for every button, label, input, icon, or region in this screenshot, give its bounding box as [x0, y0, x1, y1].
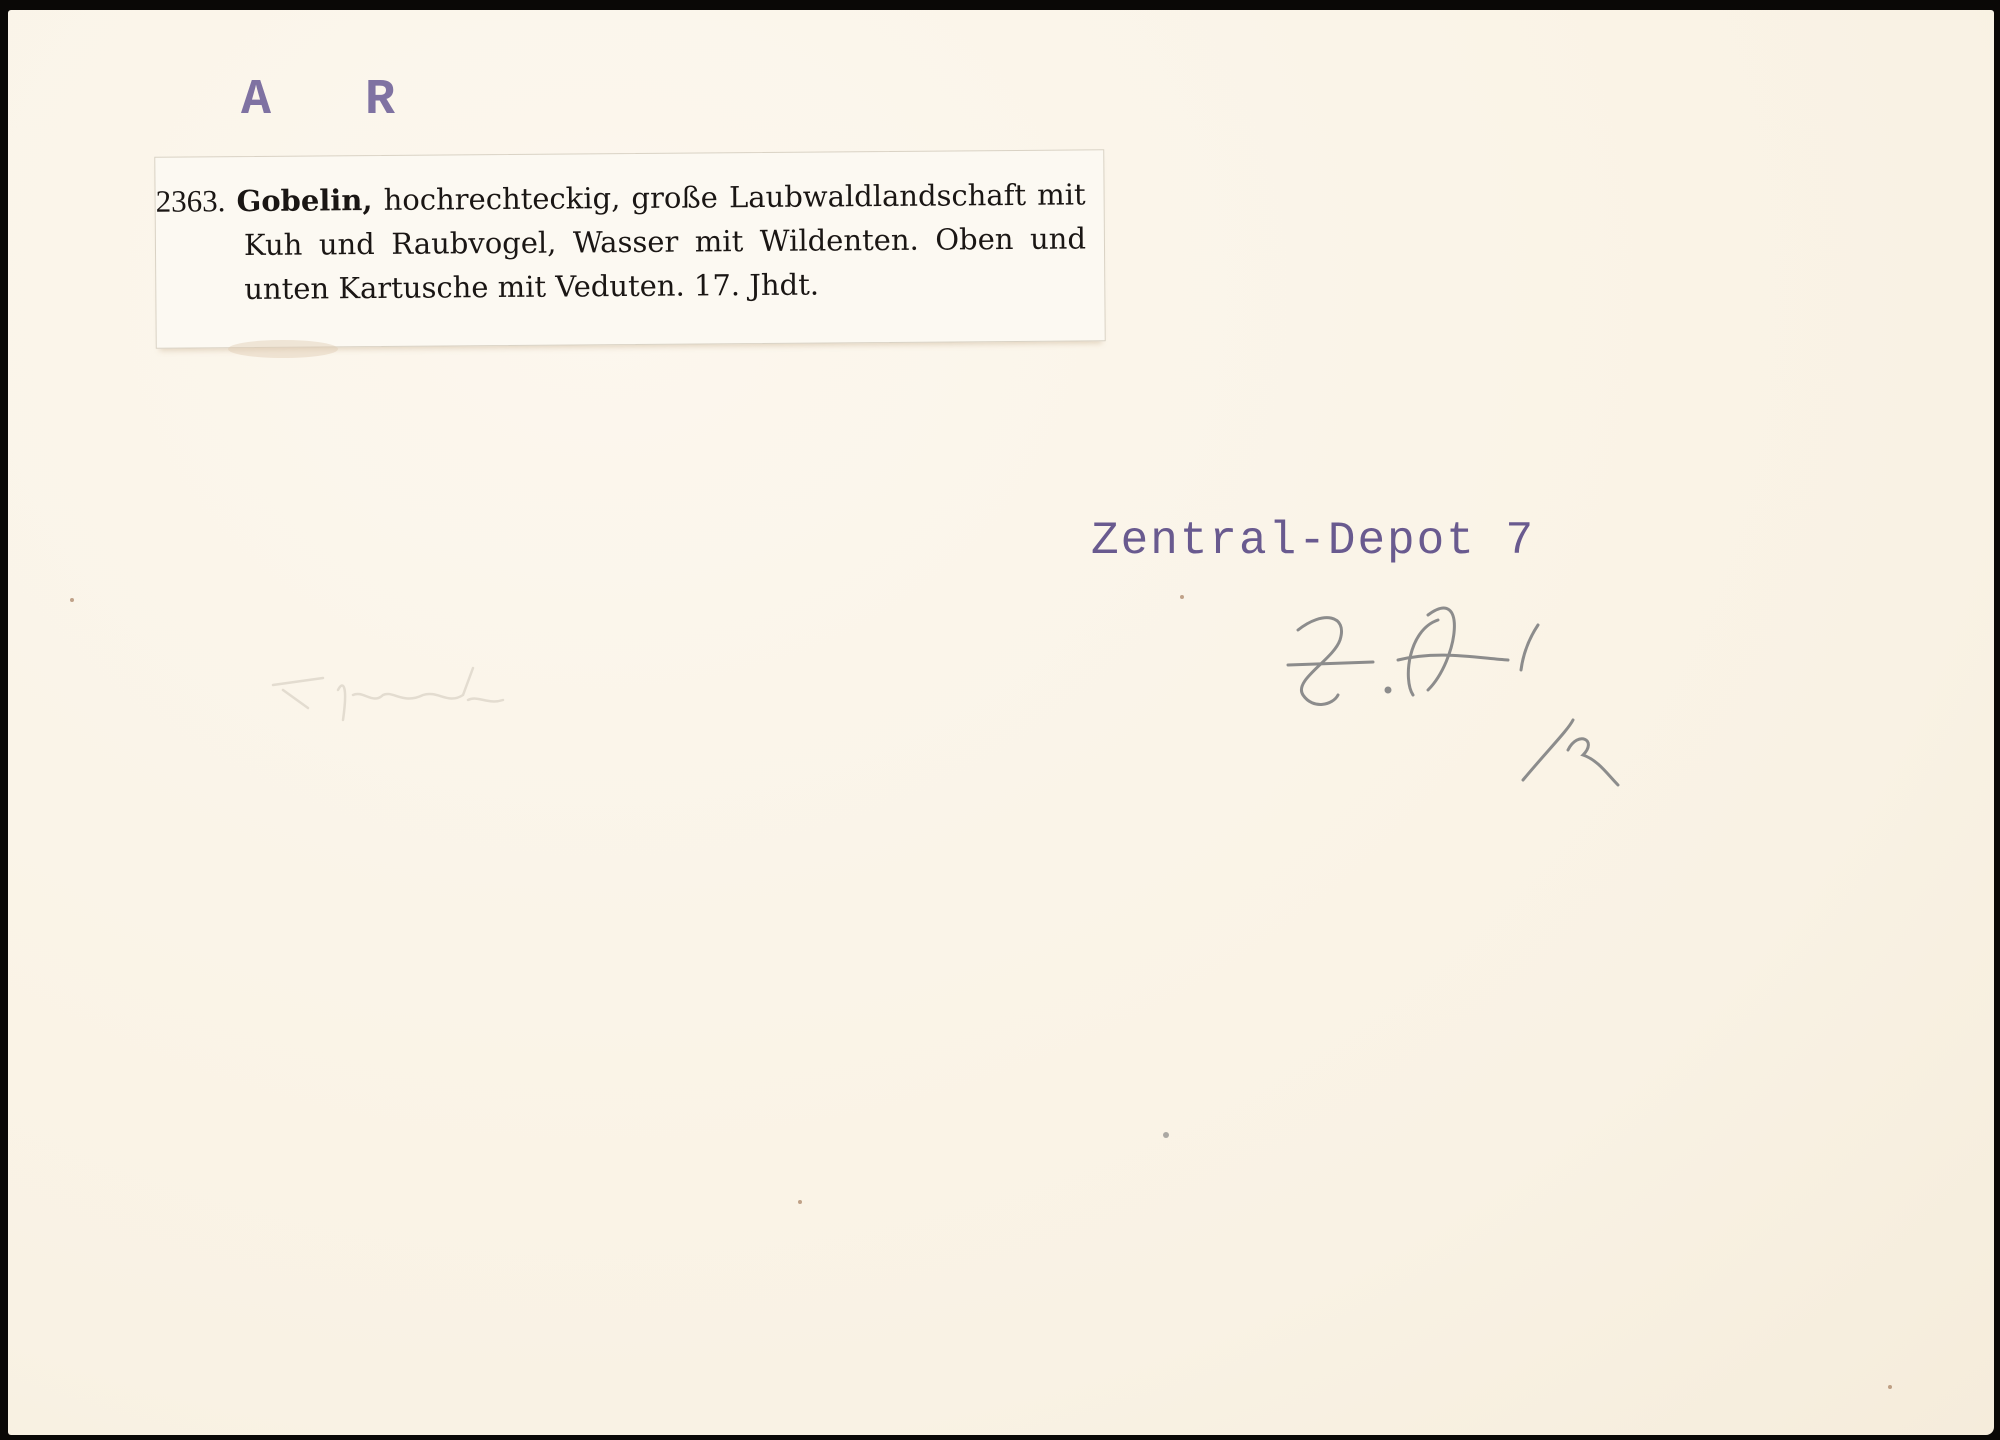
photo-card-back: A R 2363. Gobelin, hochrechteckig, große… — [8, 10, 1994, 1435]
stamp-zentral-depot: Zentral-Depot 7 — [1091, 515, 1535, 567]
stamp-ar: A R — [241, 72, 427, 129]
speck — [70, 598, 74, 602]
speck — [1888, 1385, 1892, 1389]
handwritten-note-zd — [1278, 580, 1698, 850]
speck — [1163, 1132, 1169, 1138]
catalog-label: 2363. Gobelin, hochrechteckig, große Lau… — [154, 149, 1105, 348]
catalog-number: 2363. — [155, 183, 225, 219]
speck — [1180, 595, 1184, 599]
glue-residue — [228, 340, 338, 358]
speck — [798, 1200, 802, 1204]
faint-pencil-note — [263, 660, 543, 740]
catalog-label-text: 2363. Gobelin, hochrechteckig, große Lau… — [243, 172, 1086, 311]
catalog-title: Gobelin, — [236, 183, 372, 218]
